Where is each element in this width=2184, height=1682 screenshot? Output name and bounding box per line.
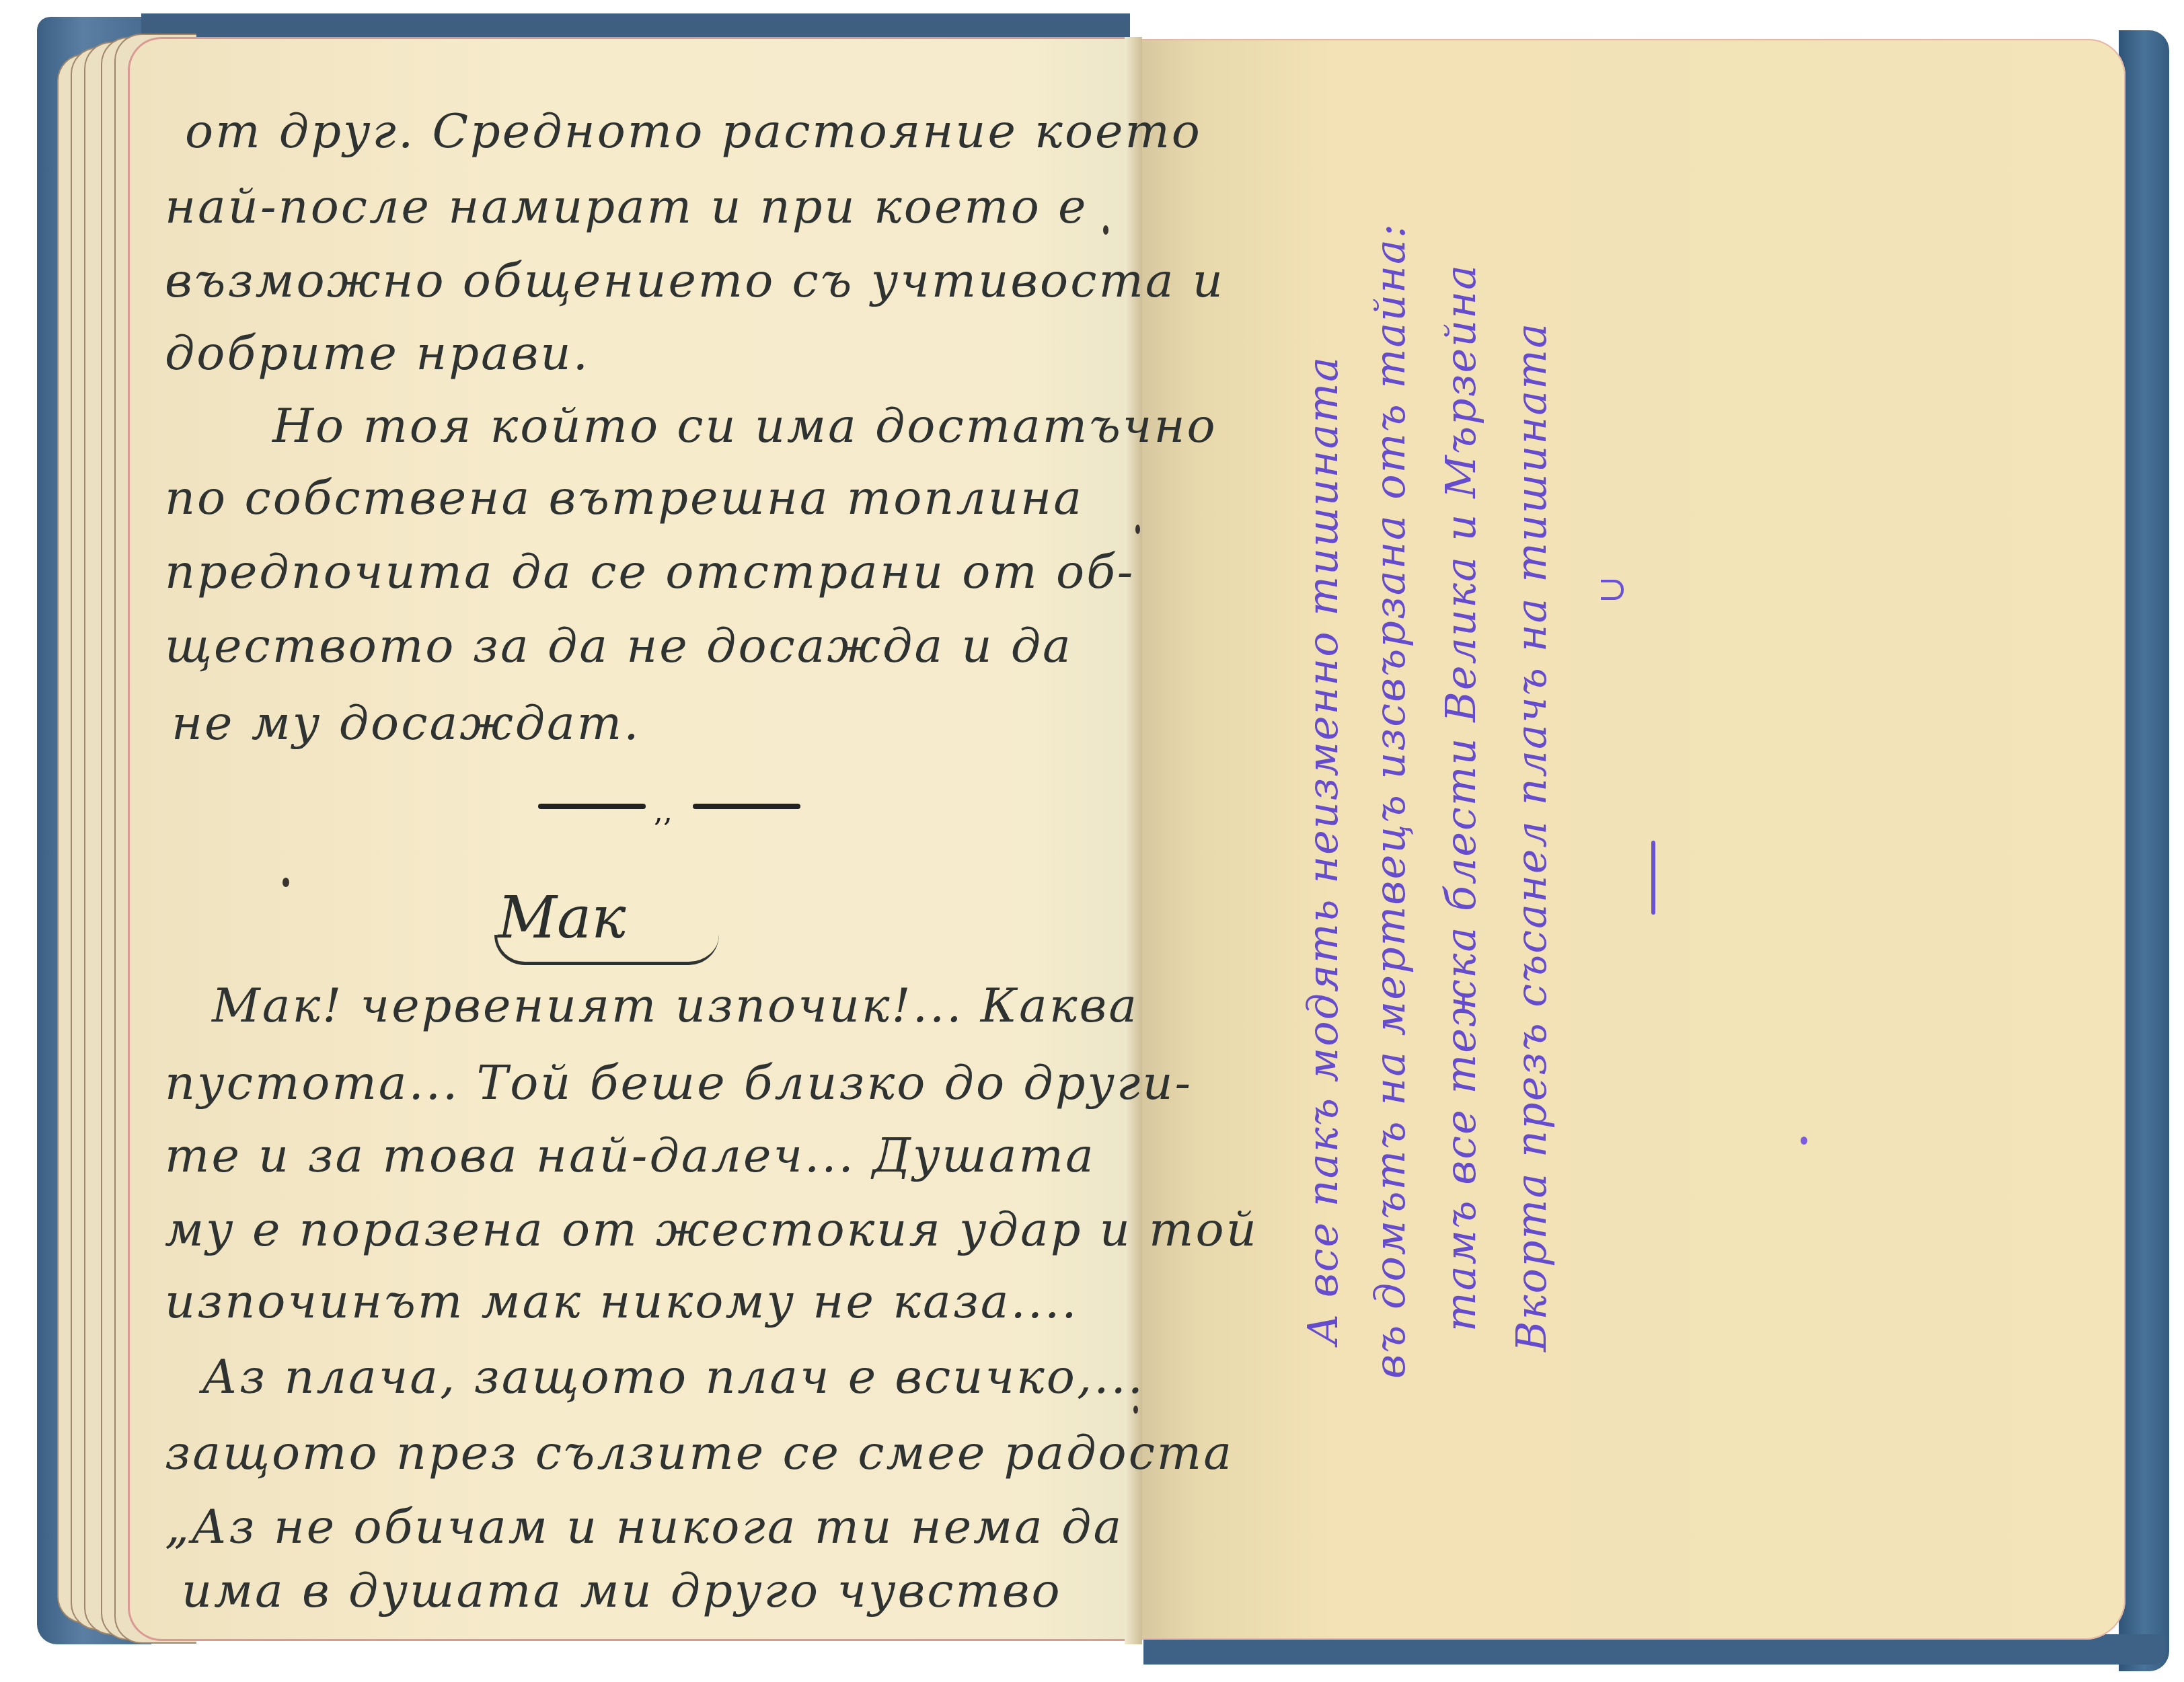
violet-breve-mark (1601, 580, 1624, 600)
separator-mark: ,, (654, 794, 673, 829)
violet-handwritten-line: Вкорта презъ съсанел плачъ на тишината (1507, 322, 1556, 1352)
handwritten-line: пустота... Той беше близко до други- (165, 1059, 1193, 1106)
handwritten-line: най-после намират и при което е (165, 183, 1088, 230)
right-page (1137, 39, 2125, 1640)
book-cover-right (2119, 30, 2169, 1671)
violet-ink-dot (1801, 1137, 1807, 1145)
handwritten-line: добрите нрави. (165, 330, 590, 377)
title-flourish (494, 935, 719, 965)
handwritten-line: по собствена вътрешна топлина (165, 474, 1084, 521)
handwritten-line: предпочита да се отстрани от об- (165, 548, 1135, 595)
violet-handwritten-line: тамъ все тежка блести Велика и Мързейна (1436, 264, 1485, 1332)
section-separator: ,, (538, 804, 800, 810)
handwritten-line: Но тоя който си има достатъчно (272, 402, 1217, 449)
handwritten-line: ществото за да не досажда и да (165, 622, 1073, 669)
ink-dot (1135, 525, 1140, 534)
separator-stroke-right (693, 804, 800, 809)
handwritten-line: Мак! червеният изпочик!... Каква (212, 982, 1139, 1029)
separator-stroke-left (538, 804, 646, 809)
handwritten-line: Аз плача, защото плач е всичко,... (202, 1353, 1145, 1400)
handwritten-line: има в душата ми друго чувство (182, 1567, 1062, 1614)
handwritten-line: „Аз не обичам и никога ти нема да (165, 1503, 1123, 1550)
handwritten-line: защото през сълзите се смее радоста (165, 1429, 1234, 1476)
handwritten-line: изпочинът мак никому не каза.... (165, 1278, 1079, 1325)
handwritten-line: възможно общението съ учтивоста и (165, 257, 1225, 304)
handwritten-line: му е поразена от жестокия удар и той (165, 1206, 1258, 1253)
handwritten-line: не му досаждат. (172, 699, 640, 747)
violet-dash-mark (1651, 841, 1655, 915)
handwritten-line: от друг. Средното растояние което (185, 108, 1202, 155)
violet-handwritten-line: въ домътъ на мертвецъ изсвързана отъ тай… (1365, 223, 1415, 1379)
ink-dot (283, 878, 289, 887)
book-cover-top (141, 13, 1130, 40)
handwritten-line: те и за това най-далеч... Душата (165, 1132, 1096, 1179)
violet-handwritten-line: А все пакъ модять неизменно тишината (1298, 356, 1347, 1345)
ink-dot (1133, 1406, 1138, 1414)
ink-dot (1103, 225, 1108, 235)
